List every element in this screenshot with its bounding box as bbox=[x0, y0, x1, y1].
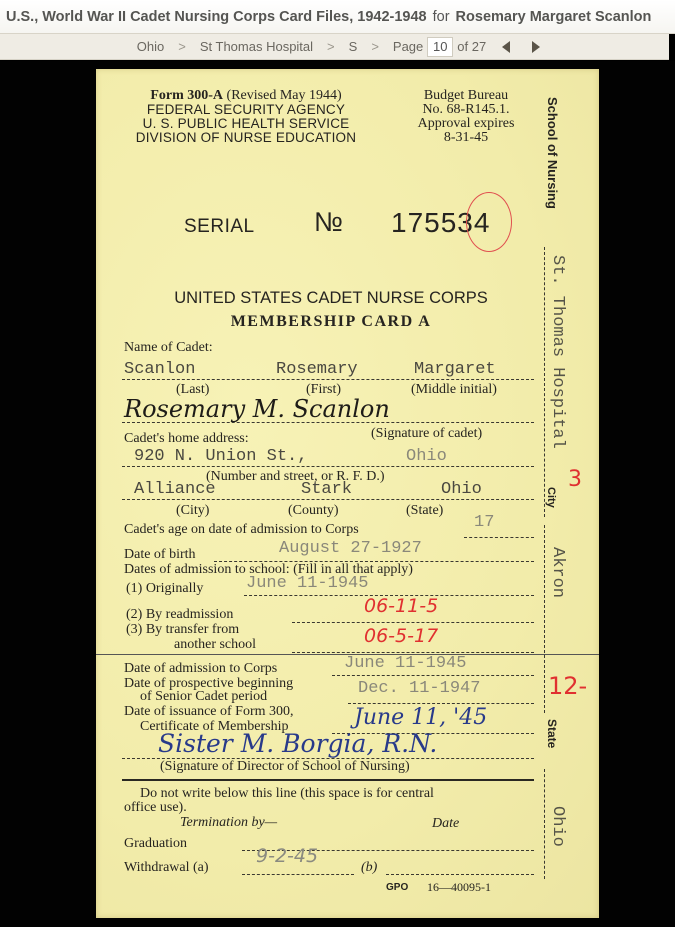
gpo-number: 16—40095-1 bbox=[427, 880, 491, 895]
corps-title: UNITED STATES CADET NURSE CORPS bbox=[96, 289, 566, 308]
sub-middle: (Middle initial) bbox=[411, 382, 497, 398]
breadcrumb-s[interactable]: S bbox=[349, 39, 358, 54]
red-mark-3: 3 bbox=[568, 467, 582, 492]
number-sign: № bbox=[314, 207, 343, 238]
triangle-left-icon[interactable] bbox=[502, 41, 510, 53]
serial-label: SERIAL bbox=[184, 216, 255, 238]
division: DIVISION OF NURSE EDUCATION bbox=[96, 131, 396, 145]
side-city-value: Akron bbox=[548, 547, 567, 598]
orig-value: June 11-1945 bbox=[246, 574, 368, 593]
breadcrumb-st-thomas-hospital[interactable]: St Thomas Hospital bbox=[200, 39, 313, 54]
age-label: Cadet's age on date of admission to Corp… bbox=[124, 522, 359, 538]
corps-admission-value: June 11-1945 bbox=[344, 654, 466, 673]
address-street: 920 N. Union St., bbox=[134, 447, 307, 466]
withdrawal-b-label: (b) bbox=[361, 860, 377, 876]
withdrawal-value: 9-2-45 bbox=[256, 845, 318, 867]
sub-signature: (Signature of cadet) bbox=[371, 426, 482, 442]
side-school-label: School of Nursing bbox=[545, 97, 560, 209]
orig-label: (1) Originally bbox=[126, 581, 203, 597]
red-circle-mark bbox=[466, 192, 512, 252]
for-label: for bbox=[433, 9, 450, 25]
director-signature: Sister M. Borgia, R.N. bbox=[158, 729, 437, 758]
address-label: Cadet's home address: bbox=[124, 431, 249, 447]
side-school-value: St. Thomas Hospital bbox=[548, 255, 567, 449]
page-label: Page bbox=[393, 39, 423, 54]
address-faint: Ohio bbox=[406, 447, 447, 466]
form-id: Form 300-A bbox=[150, 88, 223, 103]
state: Ohio bbox=[441, 480, 482, 499]
breadcrumb-separator: > bbox=[178, 39, 186, 54]
transfer-label: (3) By transfer from bbox=[126, 622, 239, 638]
page-total: of 27 bbox=[457, 39, 486, 54]
corps-admission-label: Date of admission to Corps bbox=[124, 661, 277, 677]
side-city-label: City bbox=[545, 487, 557, 508]
service: U. S. PUBLIC HEALTH SERVICE bbox=[96, 117, 396, 131]
side-state-value: Ohio bbox=[548, 806, 567, 847]
readm-value: 06-11-5 bbox=[364, 595, 438, 617]
card-title: MEMBERSHIP CARD A bbox=[96, 313, 566, 331]
cadet-signature: Rosemary M. Scanlon bbox=[124, 395, 390, 423]
notice2: office use). bbox=[124, 800, 187, 816]
record-title-bar: U.S., World War II Cadet Nursing Corps C… bbox=[0, 0, 675, 34]
breadcrumb-nav: Ohio > St Thomas Hospital > S > Page of … bbox=[0, 34, 669, 60]
gpo-label: GPO bbox=[386, 882, 408, 893]
sub-street: (Number and street, or R. F. D.) bbox=[206, 469, 385, 485]
transfer-value: 06-5-17 bbox=[364, 625, 438, 647]
dob-value: August 27-1927 bbox=[279, 539, 422, 558]
red-mark-12: 12- bbox=[548, 672, 587, 700]
dob-label: Date of birth bbox=[124, 547, 196, 563]
date-label: Date bbox=[432, 816, 459, 832]
name-first: Rosemary bbox=[276, 360, 358, 379]
name-label: Name of Cadet: bbox=[124, 340, 213, 356]
breadcrumb-separator: > bbox=[371, 39, 379, 54]
senior-label2: of Senior Cadet period bbox=[140, 689, 267, 705]
breadcrumb-ohio[interactable]: Ohio bbox=[137, 39, 164, 54]
transfer-label2: another school bbox=[174, 637, 256, 653]
name-middle: Margaret bbox=[414, 360, 496, 379]
form-header: Form 300-A (Revised May 1944) FEDERAL SE… bbox=[96, 89, 396, 145]
age-value: 17 bbox=[474, 513, 494, 532]
termination-label: Termination by— bbox=[180, 815, 277, 831]
sub-state: (State) bbox=[406, 503, 443, 519]
page-number-input[interactable] bbox=[427, 37, 453, 57]
sub-director: (Signature of Director of School of Nurs… bbox=[160, 759, 410, 775]
membership-card-image: Form 300-A (Revised May 1944) FEDERAL SE… bbox=[96, 69, 599, 918]
withdrawal-label: Withdrawal (a) bbox=[124, 860, 209, 876]
city: Alliance bbox=[134, 480, 216, 499]
name-last: Scanlon bbox=[124, 360, 195, 379]
budget-bureau: Budget Bureau No. 68-R145.1. Approval ex… bbox=[406, 89, 526, 145]
triangle-right-icon[interactable] bbox=[532, 41, 540, 53]
sub-county: (County) bbox=[288, 503, 339, 519]
senior-value: Dec. 11-1947 bbox=[358, 679, 480, 698]
breadcrumb-separator: > bbox=[327, 39, 335, 54]
side-state-label: State bbox=[545, 719, 559, 748]
issuance-value: June 11, '45 bbox=[354, 705, 487, 730]
readm-label: (2) By readmission bbox=[126, 607, 233, 623]
agency: FEDERAL SECURITY AGENCY bbox=[96, 103, 396, 117]
graduation-label: Graduation bbox=[124, 836, 187, 852]
form-revision: (Revised May 1944) bbox=[227, 88, 342, 103]
sub-city: (City) bbox=[176, 503, 209, 519]
county: Stark bbox=[301, 480, 352, 499]
person-name[interactable]: Rosemary Margaret Scanlon bbox=[456, 9, 652, 25]
collection-title: U.S., World War II Cadet Nursing Corps C… bbox=[6, 9, 427, 25]
issuance-label: Date of issuance of Form 300, bbox=[124, 704, 294, 720]
